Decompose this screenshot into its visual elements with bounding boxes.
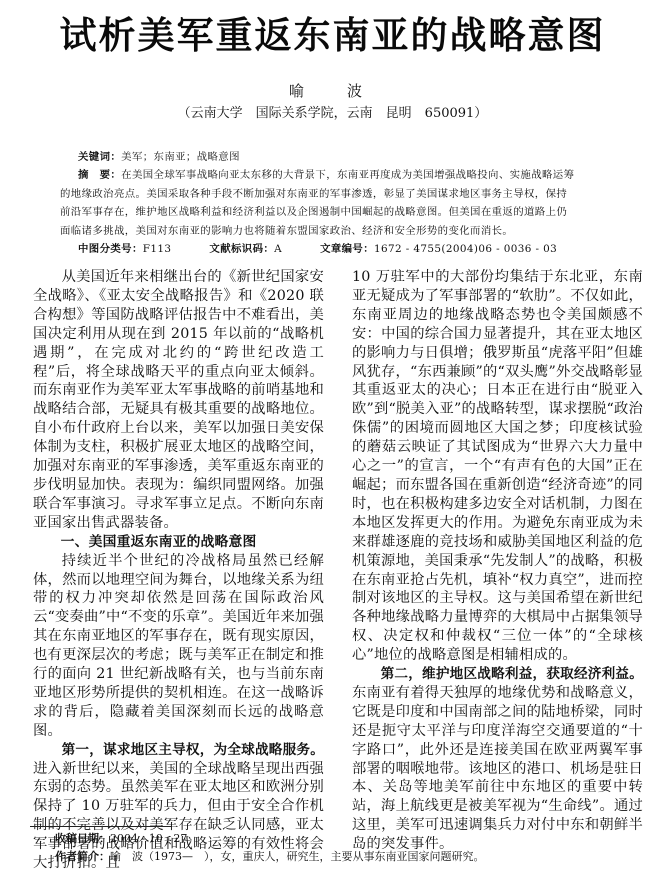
section-paragraph: 持续近半个世纪的冷战格局虽然已经解体，然而以地理空间为舞台，以地缘关系为纽带的权… [33,552,324,741]
point-two-paragraph: 第二，维护地区战略利益，获取经济利益。东南亚有着得天独厚的地缘优势和战略意义，它… [352,665,643,854]
clc-value: F113 [143,243,172,255]
article-title: 试析美军重返东南亚的战略意图 [0,14,665,58]
received-date-row: 收稿日期：2004 - 10 - 27 [55,830,645,848]
author-name: 喻 波 [0,82,665,100]
footnotes: 收稿日期：2004 - 10 - 27 作者简介：喻 波（1973— ），女，重… [55,830,645,866]
received-label: 收稿日期： [55,832,110,845]
keywords-value: 美军；东南亚；战略意图 [121,151,240,163]
abstract-line: 的地缘政治亮点。美国采取各种手段不断加强对东南亚的军事渗透，彰显了美国谋求地区事… [60,185,622,203]
continuation-paragraph: 10 万驻军中的大部份均集结于东北亚，东南亚无疑成为了军事部署的“软肋”。不仅如… [352,268,643,665]
body-left-column: 从美国近年来相继出台的《新世纪国家安全战略》、《亚太安全战略报告》和《2020 … [33,268,324,869]
abstract-line: 前沿军事存在，维护地区战略利益和经济利益以及企图遏制中国崛起的战略意图。但美国在… [60,203,622,221]
section-heading: 一、美国重返东南亚的战略意图 [33,533,324,552]
point-two-lead: 第二，维护地区战略利益，获取经济利益。 [381,666,643,682]
keywords-label: 关键词： [78,151,121,163]
point-two-text: 东南亚有着得天独厚的地缘优势和战略意义，它既是印度和中国南部之间的陆地桥梁，同时… [352,685,643,852]
intro-paragraph: 从美国近年来相继出台的《新世纪国家安全战略》、《亚太安全战略报告》和《2020 … [33,268,324,533]
bio-label: 作者简介： [55,850,110,863]
received-value: 2004 - 10 - 27 [110,832,187,845]
doc-code-label: 文献标识码： [209,243,274,255]
doc-code-value: A [274,243,282,255]
footnote-divider [30,826,172,827]
point-one-lead: 第一，谋求地区主导权，为全球战略服务。 [62,742,324,758]
classification-row: 中图分类号：F113文献标识码：A文章编号：1672 - 4755(2004)0… [60,240,622,258]
abstract-line: 面临诸多挑战，美国对东南亚的影响力也将随着东盟国家政治、经济和安全形势的变化而消… [60,222,622,240]
clc-label: 中图分类号： [78,243,143,255]
article-no-label: 文章编号： [320,243,374,255]
bio-value: 喻 波（1973— ），女，重庆人，研究生，主要从事东南亚国家问题研究。 [110,850,485,863]
author-affiliation: （云南大学 国际关系学院，云南 昆明 650091） [0,106,665,122]
body-right-column: 10 万驻军中的大部份均集结于东北亚，东南亚无疑成为了军事部署的“软肋”。不仅如… [352,268,643,854]
abstract-text: 在美国全球军事战略向亚太东移的大背景下，东南亚再度成为美国增强战略投向、实施战略… [121,169,574,181]
abstract-label: 摘 要： [78,169,121,181]
abstract-line: 摘 要：在美国全球军事战略向亚太东移的大背景下，东南亚再度成为美国增强战略投向、… [60,166,622,184]
author-bio-row: 作者简介：喻 波（1973— ），女，重庆人，研究生，主要从事东南亚国家问题研究… [55,848,645,866]
abstract-block: 关键词：美军；东南亚；战略意图 摘 要：在美国全球军事战略向亚太东移的大背景下，… [60,148,622,258]
article-no-value: 1672 - 4755(2004)06 - 0036 - 03 [374,243,557,255]
keywords-row: 关键词：美军；东南亚；战略意图 [60,148,622,166]
